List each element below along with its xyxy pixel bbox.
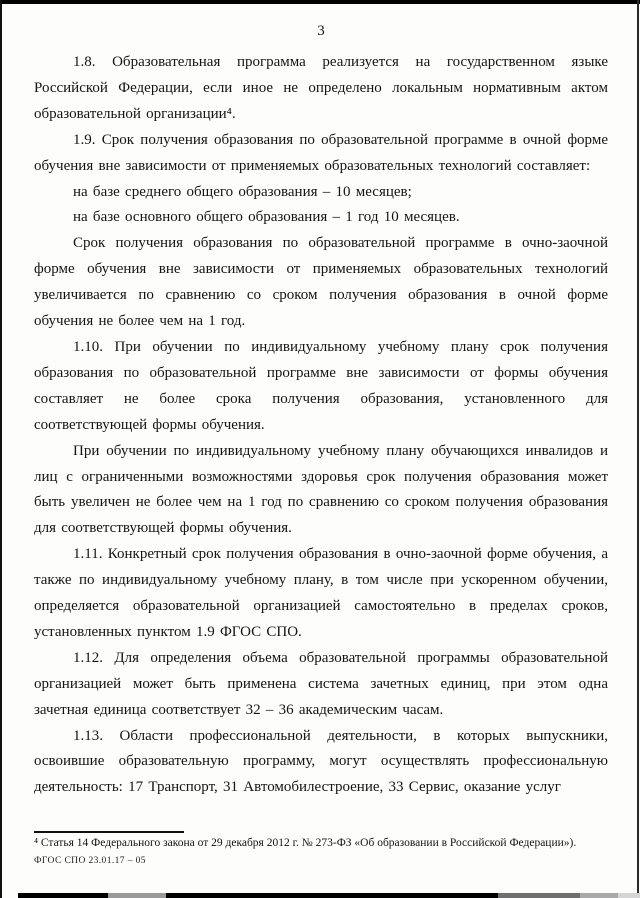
- paragraph-1-9: 1.9. Срок получения образования по образ…: [34, 128, 608, 180]
- paragraph-1-11: 1.11. Конкретный срок получения образова…: [34, 542, 608, 646]
- scanned-document-page: 3 1.8. Образовательная программа реализу…: [0, 0, 640, 898]
- paragraph-1-10: 1.10. При обучении по индивидуальному уч…: [34, 335, 608, 439]
- document-code: ФГОС СПО 23.01.17 – 05: [34, 856, 608, 867]
- scan-artifact-bar: [18, 893, 640, 898]
- scan-border-top: [0, 0, 640, 4]
- footnote: ⁴ Статья 14 Федерального закона от 29 де…: [34, 836, 608, 850]
- paragraph-1-9-item-basic: на базе основного общего образования – 1…: [34, 205, 608, 231]
- scan-border-right: [637, 0, 639, 898]
- paragraph-1-10-disabilities: При обучении по индивидуальному учебному…: [34, 439, 608, 543]
- footnote-area: ⁴ Статья 14 Федерального закона от 29 де…: [34, 831, 608, 867]
- document-body: 1.8. Образовательная программа реализует…: [34, 50, 608, 801]
- footnote-separator: [34, 831, 184, 833]
- paragraph-1-8: 1.8. Образовательная программа реализует…: [34, 50, 608, 128]
- paragraph-1-12: 1.12. Для определения объема образовател…: [34, 646, 608, 724]
- paragraph-1-9-item-secondary: на базе среднего общего образования – 10…: [34, 180, 608, 206]
- paragraph-1-13: 1.13. Области профессиональной деятельно…: [34, 724, 608, 802]
- page-number: 3: [34, 22, 608, 40]
- paragraph-1-9-evening-form: Срок получения образования по образовате…: [34, 231, 608, 335]
- scan-border-left: [0, 0, 2, 898]
